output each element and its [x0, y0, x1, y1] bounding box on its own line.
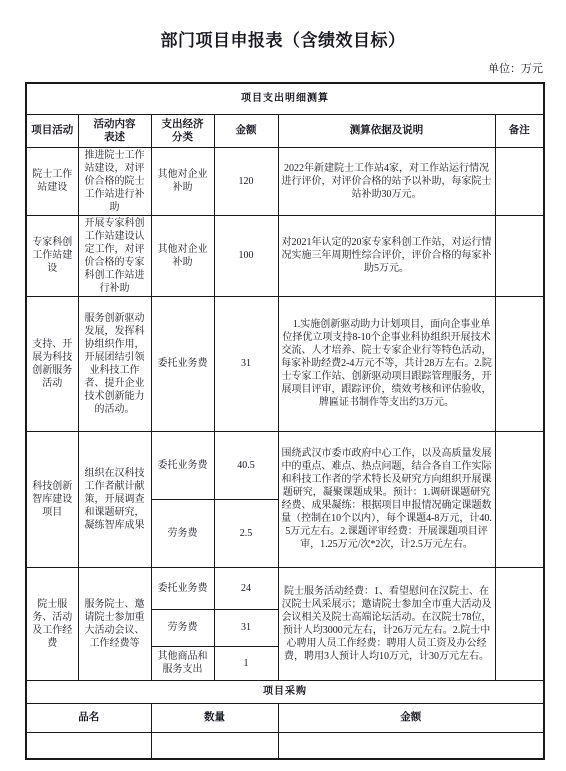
budget-section-row: 项目支出明细测算: [26, 83, 544, 114]
cell-amount: 120: [214, 147, 278, 215]
column-header-description: 活动内容 表述: [78, 114, 151, 147]
row-think-tank: 科技创新智库建设项目 组织在汉科技工作者献计献策，开展调查和课题研究，凝练智库成…: [26, 431, 544, 499]
procurement-section-title: 项目采购: [26, 680, 544, 703]
column-header-row: 项目活动 活动内容 表述 支出经济 分类 金额 测算依据及说明 备注: [26, 114, 544, 147]
cell-basis: 对2021年认定的20家专家科创工作站，对运行情况实施三年周期性综合评价，评价合…: [278, 215, 495, 296]
cell-description: 组织在汉科技工作者献计献策，开展调查和课题研究，凝练智库成果: [78, 431, 151, 567]
cell-description: 服务院士、邀请院士参加重大活动会议、工作经费等: [78, 567, 151, 680]
cell-description: 推进院士工作站建设，对评价合格的院士工作站进行补助: [78, 147, 151, 215]
cell-category: 劳务费: [151, 499, 214, 567]
cell-basis: 围绕武汉市委市政府中心工作，以及高质量发展中的重点、难点、热点问题，结合各自工作…: [278, 431, 495, 567]
budget-section-title: 项目支出明细测算: [26, 83, 544, 114]
procurement-empty-row: [26, 732, 544, 759]
column-header-item-name: 品名: [26, 703, 151, 732]
procurement-header-row: 品名 数量 金额: [26, 703, 544, 732]
page-title: 部门项目申报表（含绩效目标）: [0, 0, 566, 51]
cell-amount: 2.5: [214, 499, 278, 567]
cell-remark: [495, 147, 544, 215]
cell-category: 其他对企业补助: [151, 147, 214, 215]
cell-category: 委托业务费: [151, 431, 214, 499]
cell-basis: 1.实施创新驱动助力计划项目，面向企事业单位择优立项支持8-10个企事业科协组织…: [278, 296, 495, 431]
column-header-activity: 项目活动: [26, 114, 78, 147]
column-header-category: 支出经济 分类: [151, 114, 214, 147]
column-header-quantity: 数量: [151, 703, 278, 732]
cell-description: 服务创新驱动发展，发挥科协组织作用，开展团结引领业科技工作者、提升企业技术创新能…: [78, 296, 151, 431]
cell-activity: 院士工作站建设: [26, 147, 78, 215]
budget-table: 项目支出明细测算 项目活动 活动内容 表述 支出经济 分类 金额 测算依据及说明…: [25, 82, 545, 760]
cell-category: 其他商品和服务支出: [151, 646, 214, 680]
cell-category: 委托业务费: [151, 567, 214, 609]
column-header-basis: 测算依据及说明: [278, 114, 495, 147]
column-header-amount: 金额: [214, 114, 278, 147]
cell-activity: 院士服务、活动及工作经费: [26, 567, 78, 680]
cell-quantity: [151, 732, 278, 759]
procurement-section-row: 项目采购: [26, 680, 544, 703]
cell-amount: 24: [214, 567, 278, 609]
row-innovation-service: 支持、开展为科技创新服务活动 服务创新驱动发展，发挥科协组织作用，开展团结引领业…: [26, 296, 544, 431]
cell-proc-amount: [278, 732, 544, 759]
row-expert-workstation: 专家科创工作站建设 开展专家科创工作站建设认定工作，对评价合格的专家科创工作站进…: [26, 215, 544, 296]
column-header-proc-amount: 金额: [278, 703, 544, 732]
cell-amount: 1: [214, 646, 278, 680]
cell-remark: [495, 296, 544, 431]
cell-category: 其他对企业补助: [151, 215, 214, 296]
cell-amount: 31: [214, 609, 278, 646]
cell-amount: 100: [214, 215, 278, 296]
row-academician-workstation: 院士工作站建设 推进院士工作站建设，对评价合格的院士工作站进行补助 其他对企业补…: [26, 147, 544, 215]
cell-category: 劳务费: [151, 609, 214, 646]
cell-basis: 2022年新建院士工作站4家，对工作站运行情况进行评价，对评价合格的站予以补助，…: [278, 147, 495, 215]
cell-activity: 专家科创工作站建设: [26, 215, 78, 296]
cell-activity: 支持、开展为科技创新服务活动: [26, 296, 78, 431]
cell-basis: 院士服务活动经费：1、看望慰问在汉院士、在汉院士风采展示；邀请院士参加全市重大活…: [278, 567, 495, 680]
cell-description: 开展专家科创工作站建设认定工作，对评价合格的专家科创工作站进行补助: [78, 215, 151, 296]
unit-label: 单位：万元: [25, 60, 543, 76]
cell-remark: [495, 215, 544, 296]
cell-amount: 31: [214, 296, 278, 431]
cell-amount: 40.5: [214, 431, 278, 499]
cell-item-name: [26, 732, 151, 759]
document-page: 部门项目申报表（含绩效目标） 单位：万元 项目支出明细测算 项目活动 活动内容 …: [0, 0, 566, 771]
cell-remark: [495, 567, 544, 680]
column-header-remark: 备注: [495, 114, 544, 147]
cell-category: 委托业务费: [151, 296, 214, 431]
cell-activity: 科技创新智库建设项目: [26, 431, 78, 567]
row-academician-service: 院士服务、活动及工作经费 服务院士、邀请院士参加重大活动会议、工作经费等 委托业…: [26, 567, 544, 609]
cell-remark: [495, 431, 544, 567]
